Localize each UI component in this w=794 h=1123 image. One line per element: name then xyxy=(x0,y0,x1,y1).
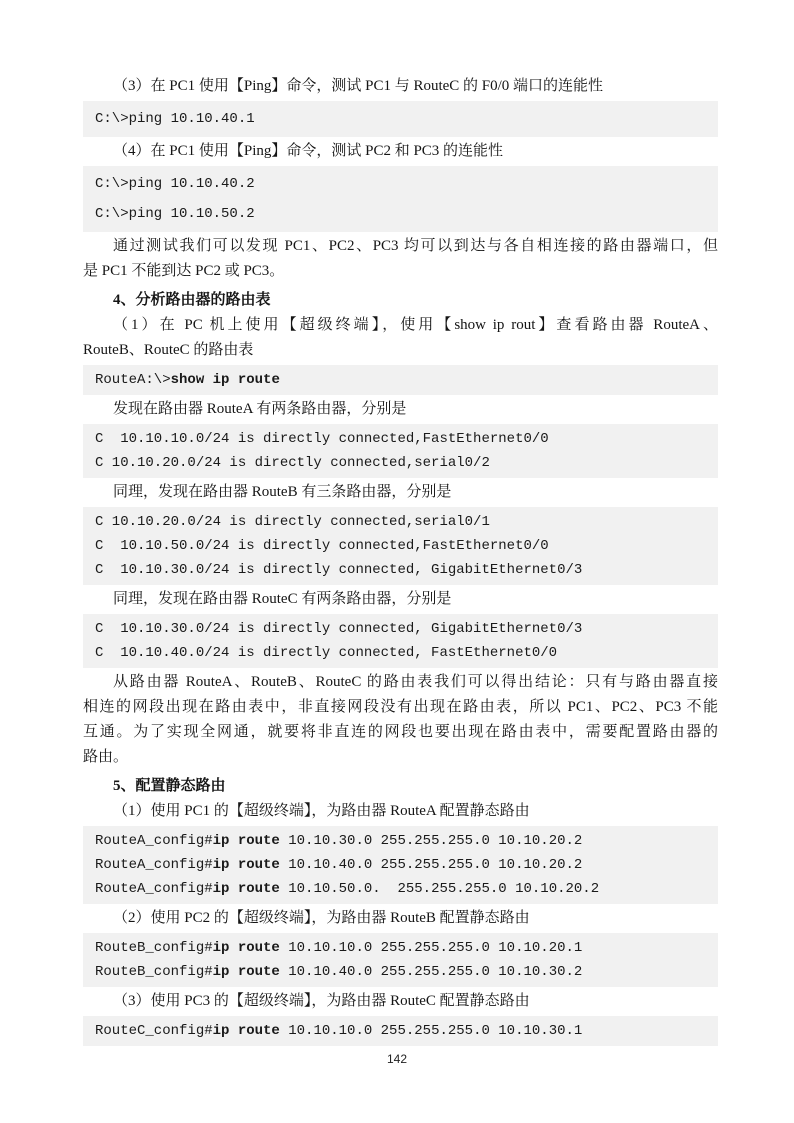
code-command-bold: ip route xyxy=(213,857,280,873)
code-text: C 10.10.40.0/24 is directly connected, F… xyxy=(95,645,557,661)
code-command-bold: ip route xyxy=(213,833,280,849)
code-block: RouteA_config#ip route 10.10.30.0 255.25… xyxy=(83,826,718,904)
paragraph: 同理，发现在路由器 RouteC 有两条路由器，分别是 xyxy=(83,587,718,612)
code-line: RouteA_config#ip route 10.10.40.0 255.25… xyxy=(95,853,710,877)
code-line: RouteB_config#ip route 10.10.40.0 255.25… xyxy=(95,960,710,984)
code-line: RouteC_config#ip route 10.10.10.0 255.25… xyxy=(95,1019,710,1043)
code-line: C:\>ping 10.10.40.2 xyxy=(95,169,710,199)
code-block: C 10.10.30.0/24 is directly connected, G… xyxy=(83,614,718,668)
text-line: 从路由器 RouteA、RouteB、RouteC 的路由表我们可以得出结论：只… xyxy=(83,670,718,695)
code-text: C 10.10.30.0/24 is directly connected, G… xyxy=(95,621,582,637)
paragraph: （3）在 PC1 使用【Ping】命令，测试 PC1 与 RouteC 的 F0… xyxy=(83,74,718,99)
section-heading: 4、分析路由器的路由表 xyxy=(83,288,718,313)
code-text: RouteB_config# xyxy=(95,964,213,980)
text-line: 5、配置静态路由 xyxy=(83,774,718,799)
text-line: RouteB、RouteC 的路由表 xyxy=(83,338,718,363)
code-text: C:\>ping 10.10.40.1 xyxy=(95,111,255,127)
section-heading: 5、配置静态路由 xyxy=(83,774,718,799)
code-text: RouteA_config# xyxy=(95,857,213,873)
code-text: 10.10.10.0 255.255.255.0 10.10.30.1 xyxy=(280,1023,582,1039)
paragraph: 发现在路由器 RouteA 有两条路由器，分别是 xyxy=(83,397,718,422)
code-text: C 10.10.20.0/24 is directly connected,se… xyxy=(95,455,490,471)
code-text: C:\>ping 10.10.40.2 xyxy=(95,176,255,192)
code-text: 10.10.40.0 255.255.255.0 10.10.30.2 xyxy=(280,964,582,980)
paragraph: （4）在 PC1 使用【Ping】命令，测试 PC2 和 PC3 的连能性 xyxy=(83,139,718,164)
code-line: C 10.10.30.0/24 is directly connected, G… xyxy=(95,617,710,641)
code-text: C 10.10.30.0/24 is directly connected, G… xyxy=(95,562,582,578)
code-text: RouteC_config# xyxy=(95,1023,213,1039)
code-line: C:\>ping 10.10.50.2 xyxy=(95,199,710,229)
paragraph: 通过测试我们可以发现 PC1、PC2、PC3 均可以到达与各自相连接的路由器端口… xyxy=(83,234,718,284)
code-command-bold: ip route xyxy=(213,881,280,897)
code-text: 10.10.10.0 255.255.255.0 10.10.20.1 xyxy=(280,940,582,956)
code-line: C 10.10.50.0/24 is directly connected,Fa… xyxy=(95,534,710,558)
paragraph: 从路由器 RouteA、RouteB、RouteC 的路由表我们可以得出结论：只… xyxy=(83,670,718,770)
page-number: 142 xyxy=(387,1052,407,1066)
code-line: C 10.10.20.0/24 is directly connected,se… xyxy=(95,451,710,475)
text-line: （3）在 PC1 使用【Ping】命令，测试 PC1 与 RouteC 的 F0… xyxy=(83,74,718,99)
code-block: RouteB_config#ip route 10.10.10.0 255.25… xyxy=(83,933,718,987)
code-line: RouteA_config#ip route 10.10.30.0 255.25… xyxy=(95,829,710,853)
code-block: C:\>ping 10.10.40.1 xyxy=(83,101,718,137)
paragraph: 同理，发现在路由器 RouteB 有三条路由器，分别是 xyxy=(83,480,718,505)
text-line: 同理，发现在路由器 RouteC 有两条路由器，分别是 xyxy=(83,587,718,612)
code-block: C:\>ping 10.10.40.2C:\>ping 10.10.50.2 xyxy=(83,166,718,232)
code-command-bold: ip route xyxy=(213,1023,280,1039)
code-line: C 10.10.20.0/24 is directly connected,se… xyxy=(95,510,710,534)
text-line: （1）使用 PC1 的【超级终端】，为路由器 RouteA 配置静态路由 xyxy=(83,799,718,824)
code-line: RouteA_config#ip route 10.10.50.0. 255.2… xyxy=(95,877,710,901)
code-command-bold: show ip route xyxy=(171,372,280,388)
document-page: （3）在 PC1 使用【Ping】命令，测试 PC1 与 RouteC 的 F0… xyxy=(0,0,794,1123)
code-text: 10.10.50.0. 255.255.255.0 10.10.20.2 xyxy=(280,881,599,897)
code-block: RouteC_config#ip route 10.10.10.0 255.25… xyxy=(83,1016,718,1046)
code-text: C:\>ping 10.10.50.2 xyxy=(95,206,255,222)
code-command-bold: ip route xyxy=(213,940,280,956)
paragraph: （1）使用 PC1 的【超级终端】，为路由器 RouteA 配置静态路由 xyxy=(83,799,718,824)
paragraph: （1）在 PC 机上使用【超级终端】，使用【show ip rout】查看路由器… xyxy=(83,313,718,363)
text-line: （1）在 PC 机上使用【超级终端】，使用【show ip rout】查看路由器… xyxy=(83,313,718,338)
code-text: C 10.10.20.0/24 is directly connected,se… xyxy=(95,514,490,530)
text-line: 同理，发现在路由器 RouteB 有三条路由器，分别是 xyxy=(83,480,718,505)
code-command-bold: ip route xyxy=(213,964,280,980)
text-line: 路由。 xyxy=(83,745,718,770)
text-line: 通过测试我们可以发现 PC1、PC2、PC3 均可以到达与各自相连接的路由器端口… xyxy=(83,234,718,259)
code-line: C 10.10.10.0/24 is directly connected,Fa… xyxy=(95,427,710,451)
text-line: 是 PC1 不能到达 PC2 或 PC3。 xyxy=(83,259,718,284)
code-line: C 10.10.40.0/24 is directly connected, F… xyxy=(95,641,710,665)
paragraph: （3）使用 PC3 的【超级终端】，为路由器 RouteC 配置静态路由 xyxy=(83,989,718,1014)
text-line: （2）使用 PC2 的【超级终端】，为路由器 RouteB 配置静态路由 xyxy=(83,906,718,931)
code-line: RouteA:\>show ip route xyxy=(95,368,710,392)
text-line: 发现在路由器 RouteA 有两条路由器，分别是 xyxy=(83,397,718,422)
code-text: RouteA_config# xyxy=(95,833,213,849)
code-text: 10.10.30.0 255.255.255.0 10.10.20.2 xyxy=(280,833,582,849)
code-text: C 10.10.50.0/24 is directly connected,Fa… xyxy=(95,538,549,554)
text-line: 4、分析路由器的路由表 xyxy=(83,288,718,313)
text-line: （4）在 PC1 使用【Ping】命令，测试 PC2 和 PC3 的连能性 xyxy=(83,139,718,164)
code-line: RouteB_config#ip route 10.10.10.0 255.25… xyxy=(95,936,710,960)
code-text: RouteA_config# xyxy=(95,881,213,897)
code-text: 10.10.40.0 255.255.255.0 10.10.20.2 xyxy=(280,857,582,873)
text-line: （3）使用 PC3 的【超级终端】，为路由器 RouteC 配置静态路由 xyxy=(83,989,718,1014)
code-block: C 10.10.10.0/24 is directly connected,Fa… xyxy=(83,424,718,478)
code-text: C 10.10.10.0/24 is directly connected,Fa… xyxy=(95,431,549,447)
document-content: （3）在 PC1 使用【Ping】命令，测试 PC1 与 RouteC 的 F0… xyxy=(83,74,718,1048)
page-footer: 142 xyxy=(0,1052,794,1066)
code-text: RouteA:\> xyxy=(95,372,171,388)
code-block: RouteA:\>show ip route xyxy=(83,365,718,395)
text-line: 相连的网段出现在路由表中，非直接网段没有出现在路由表，所以 PC1、PC2、PC… xyxy=(83,695,718,720)
paragraph: （2）使用 PC2 的【超级终端】，为路由器 RouteB 配置静态路由 xyxy=(83,906,718,931)
code-line: C 10.10.30.0/24 is directly connected, G… xyxy=(95,558,710,582)
text-line: 互通。为了实现全网通，就要将非直连的网段也要出现在路由表中，需要配置路由器的 xyxy=(83,720,718,745)
code-block: C 10.10.20.0/24 is directly connected,se… xyxy=(83,507,718,585)
code-line: C:\>ping 10.10.40.1 xyxy=(95,104,710,134)
code-text: RouteB_config# xyxy=(95,940,213,956)
